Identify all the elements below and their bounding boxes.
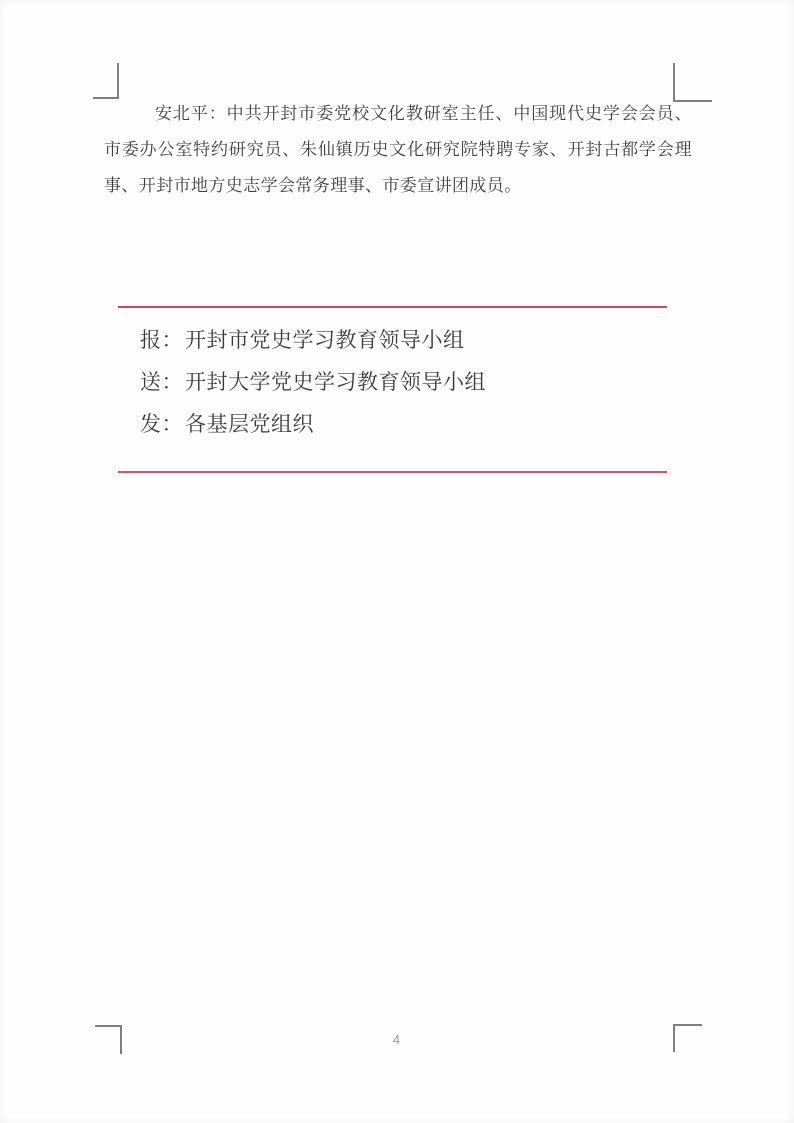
distribution-value: 开封大学党史学习教育领导小组 [185, 371, 486, 394]
page-number: 4 [0, 1032, 794, 1047]
distribution-line-send: 送：开封大学党史学习教育领导小组 [140, 362, 486, 404]
distribution-line-issue: 发：各基层党组织 [140, 404, 486, 446]
biography-paragraph: 安北平：中共开封市委党校文化教研室主任、中国现代史学会会员、市委办公室特约研究员… [104, 96, 692, 204]
distribution-colon: ： [162, 329, 186, 352]
corner-mark-top-left-icon [93, 63, 119, 99]
distribution-label: 发 [140, 413, 162, 436]
document-page: 安北平：中共开封市委党校文化教研室主任、中国现代史学会会员、市委办公室特约研究员… [0, 0, 794, 1123]
distribution-block: 报：开封市党史学习教育领导小组 送：开封大学党史学习教育领导小组 发：各基层党组… [140, 320, 486, 446]
distribution-colon: ： [162, 371, 186, 394]
distribution-rule-bottom [118, 471, 667, 473]
distribution-colon: ： [162, 413, 186, 436]
distribution-line-report: 报：开封市党史学习教育领导小组 [140, 320, 486, 362]
distribution-value: 各基层党组织 [185, 413, 314, 436]
distribution-value: 开封市党史学习教育领导小组 [185, 329, 465, 352]
distribution-rule-top [118, 306, 667, 308]
distribution-label: 送 [140, 371, 162, 394]
distribution-label: 报 [140, 329, 162, 352]
